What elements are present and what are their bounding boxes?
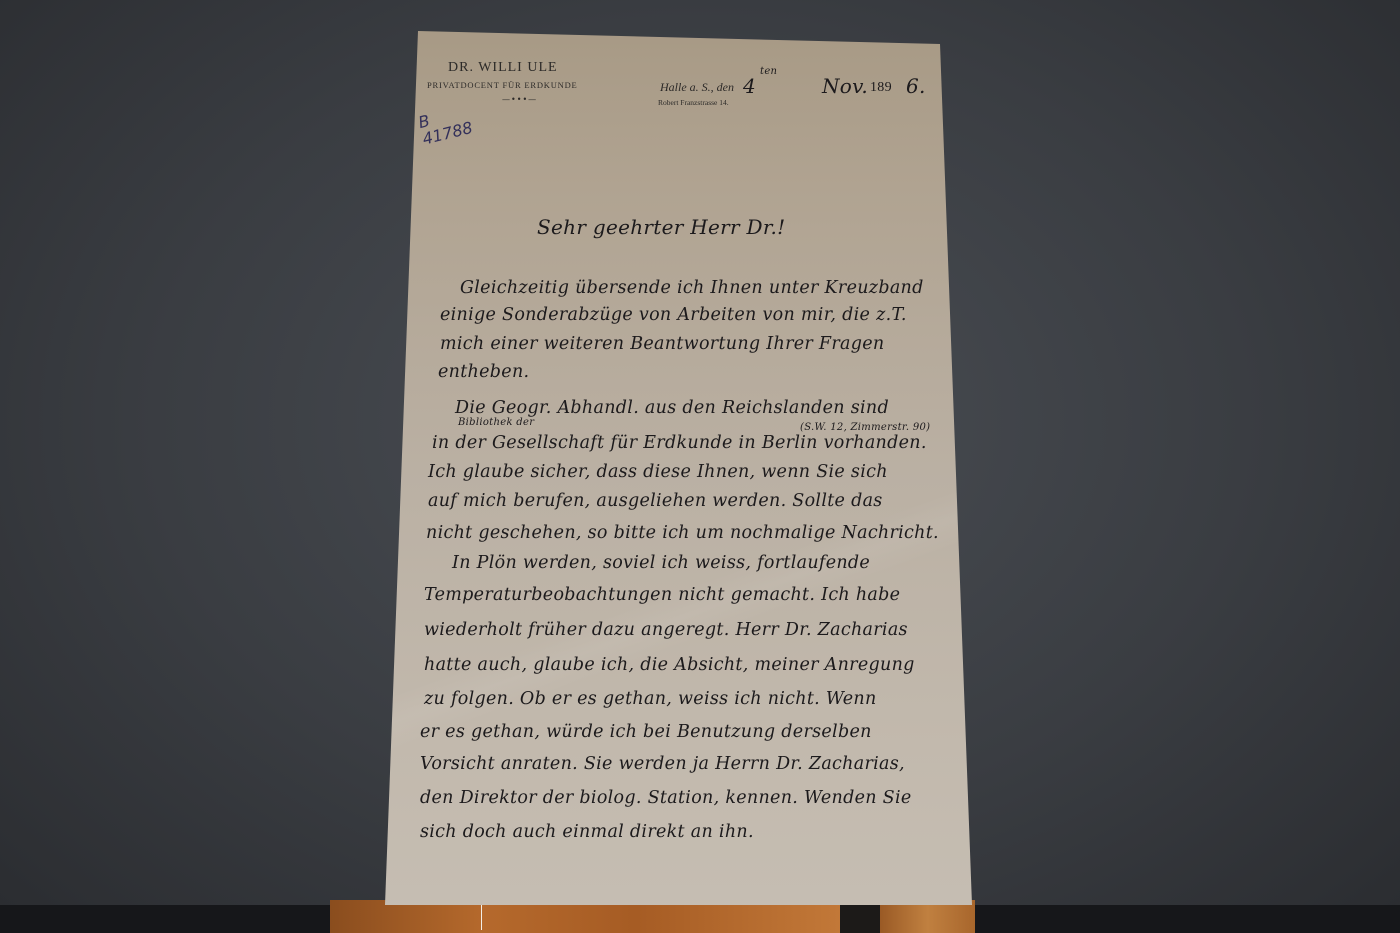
body-line: Ich glaube sicher, dass diese Ihnen, wen… xyxy=(428,462,888,482)
thread xyxy=(481,905,482,930)
body-line: er es gethan, würde ich bei Benutzung de… xyxy=(420,722,872,742)
body-line: sich doch auch einmal direkt an ihn. xyxy=(420,822,754,842)
date-year-last: 6. xyxy=(906,74,926,98)
body-line: wiederholt früher dazu angeregt. Herr Dr… xyxy=(424,620,908,640)
body-line: Vorsicht anraten. Sie werden ja Herrn Dr… xyxy=(420,754,905,774)
date-day-suffix: ten xyxy=(760,66,777,77)
salutation: Sehr geehrter Herr Dr.! xyxy=(537,215,786,239)
letterhead-address: Robert Franzstrasse 14. xyxy=(658,98,729,107)
body-line: einige Sonderabzüge von Arbeiten von mir… xyxy=(440,305,907,325)
letterhead-ornament: —•••— xyxy=(502,95,537,104)
letterhead-title: PRIVATDOCENT FÜR ERDKUNDE xyxy=(427,80,578,90)
insertion-library: Bibliothek der xyxy=(458,417,534,428)
letterhead-name: DR. WILLI ULE xyxy=(448,60,558,76)
body-line: nicht geschehen, so bitte ich um nochmal… xyxy=(426,523,939,543)
letterhead-place: Halle a. S., den xyxy=(660,80,734,95)
body-line: in der Gesellschaft für Erdkunde in Berl… xyxy=(432,433,927,453)
body-line: entheben. xyxy=(438,362,529,382)
insertion-address: (S.W. 12, Zimmerstr. 90) xyxy=(800,422,930,433)
body-line: mich einer weiteren Beantwortung Ihrer F… xyxy=(440,334,885,354)
body-line: In Plön werden, soviel ich weiss, fortla… xyxy=(452,553,870,573)
body-line: zu folgen. Ob er es gethan, weiss ich ni… xyxy=(424,689,877,709)
body-line: hatte auch, glaube ich, die Absicht, mei… xyxy=(424,655,915,675)
letter-sheet: DR. WILLI ULE PRIVATDOCENT FÜR ERDKUNDE … xyxy=(0,0,1400,933)
body-line: Gleichzeitig übersende ich Ihnen unter K… xyxy=(460,278,924,298)
body-line: auf mich berufen, ausgeliehen werden. So… xyxy=(428,491,883,511)
date-month: Nov. xyxy=(822,74,868,98)
date-year: 189 xyxy=(870,80,892,96)
date-day: 4 xyxy=(743,74,756,98)
body-line: Temperaturbeobachtungen nicht gemacht. I… xyxy=(424,585,900,605)
body-line: Die Geogr. Abhandl. aus den Reichslanden… xyxy=(455,398,889,418)
archive-mark: B 41788 xyxy=(417,102,475,147)
body-line: den Direktor der biolog. Station, kennen… xyxy=(420,788,912,808)
